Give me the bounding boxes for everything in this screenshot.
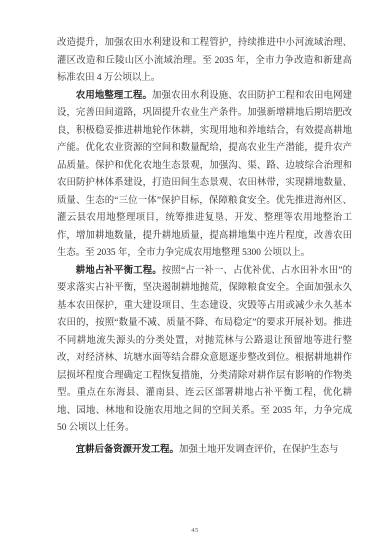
paragraph: 改造提升，加强农田水利建设和工程管护，持续推进中小河流域治理、灌区改造和丘陵山区… [57,35,352,88]
paragraph: 耕地占补平衡工程。按照“占一补一、占优补优、占水田补水田”的要求落实占补平衡，坚… [57,263,352,438]
section-heading: 耕地占补平衡工程。 [76,266,162,276]
document-page: 改造提升，加强农田水利建设和工程管护，持续推进中小河流域治理、灌区改造和丘陵山区… [0,0,390,551]
section-heading: 农用地整理工程。 [76,91,152,101]
page-number: 45 [0,527,390,534]
paragraph: 农用地整理工程。加强农田水利设施、农田防护工程和农田电网建设，完善田间道路，巩固… [57,88,352,263]
document-body: 改造提升，加强农田水利建设和工程管护，持续推进中小河流域治理、灌区改造和丘陵山区… [57,35,352,459]
paragraph: 宜耕后备资源开发工程。加强土地开发调查评价，在保护生态与 [57,442,352,460]
section-heading: 宜耕后备资源开发工程。 [76,445,179,455]
